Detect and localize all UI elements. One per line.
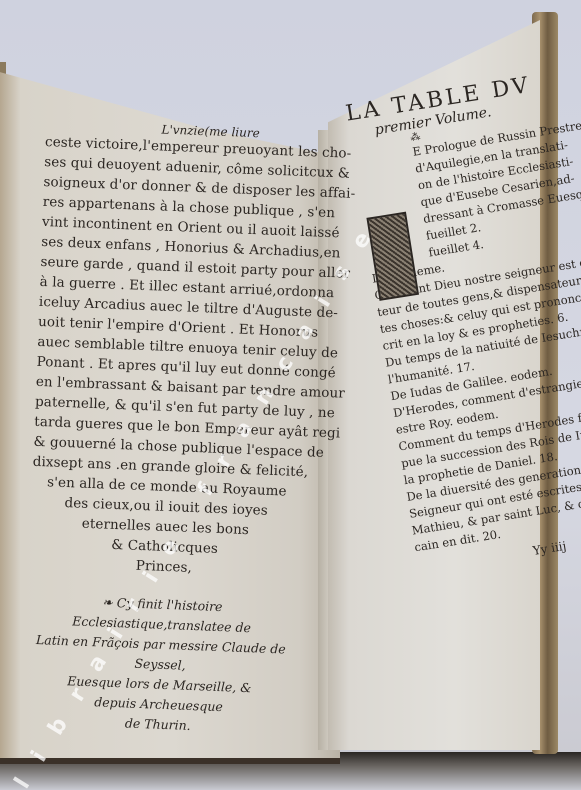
left-page-text: L'vnzie(me liure ceste victoire,l'empere… bbox=[23, 118, 316, 740]
left-body-text: ceste victoire,l'empereur preuoyant les … bbox=[29, 132, 316, 582]
